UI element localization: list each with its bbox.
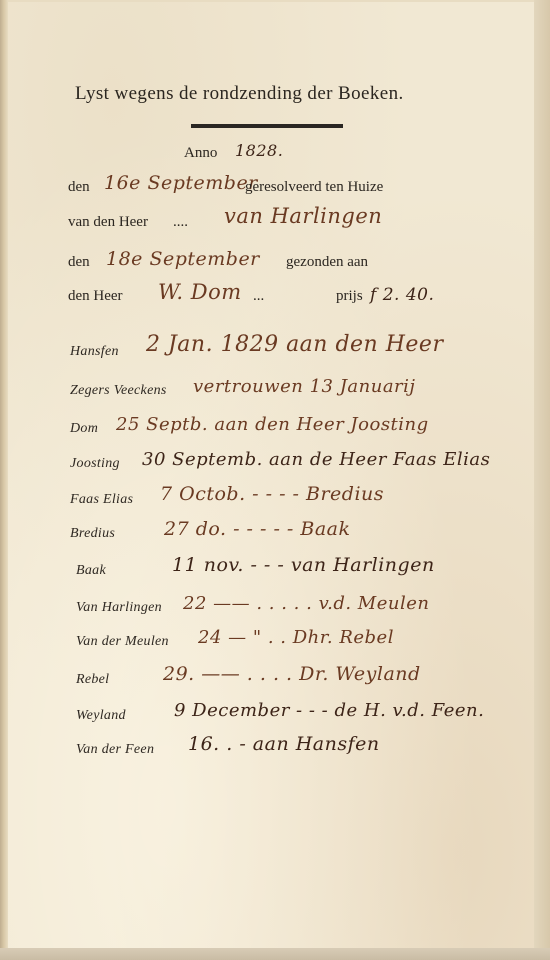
paper-page: Lyst wegens de rondzending der Boeken. A… — [8, 2, 534, 948]
reader-entry: 16. . - aan Hansfen — [188, 733, 380, 755]
reader-name: Dom — [70, 421, 98, 437]
price-value: f 2. 40. — [370, 285, 434, 305]
reader-entry: 24 — " . . Dhr. Rebel — [198, 627, 394, 648]
reader-name: Baak — [76, 563, 106, 579]
sent-suffix: gezonden aan — [286, 254, 368, 271]
resolved-date: 16e September — [104, 172, 258, 194]
reader-entry: 30 Septemb. aan de Heer Faas Elias — [142, 449, 490, 470]
reader-name: Weyland — [76, 708, 126, 724]
scanned-document: Lyst wegens de rondzending der Boeken. A… — [0, 0, 550, 960]
reader-name: Zegers Veeckens — [70, 383, 167, 399]
reader-entry: 27 do. - - - - - Baak — [164, 518, 351, 540]
reader-name: Van der Feen — [76, 742, 154, 758]
reader-name: Faas Elias — [70, 492, 133, 508]
reader-name: Van Harlingen — [76, 600, 162, 616]
resolved-suffix: geresolveerd ten Huize — [245, 179, 383, 196]
page-bottom-edge — [0, 948, 550, 960]
reader-name: Bredius — [70, 526, 115, 542]
reader-entry: 22 —— . . . . . v.d. Meulen — [183, 593, 429, 614]
document-title: Lyst wegens de rondzending der Boeken. — [75, 83, 404, 105]
house-name: van Harlingen — [224, 204, 382, 228]
recipient-prefix: den Heer — [68, 288, 123, 305]
reader-name: Van der Meulen — [76, 634, 169, 650]
resolved-prefix: den — [68, 179, 90, 196]
anno-label: Anno — [184, 145, 217, 162]
price-label: prijs — [336, 288, 363, 305]
recipient-name: W. Dom — [158, 280, 242, 304]
sent-date: 18e September — [106, 248, 260, 270]
house-dots: .... — [173, 214, 188, 231]
house-prefix: van den Heer — [68, 214, 148, 231]
reader-entry: 9 December - - - de H. v.d. Feen. — [174, 700, 484, 721]
anno-year: 1828. — [235, 141, 283, 160]
reader-entry: 25 Septb. aan den Heer Joosting — [116, 414, 429, 435]
reader-name: Hansfen — [70, 344, 119, 360]
reader-name: Rebel — [76, 672, 109, 688]
page-right-edge — [534, 0, 550, 960]
recipient-dots: ... — [253, 288, 264, 305]
reader-entry: 2 Jan. 1829 aan den Heer — [146, 332, 443, 357]
sent-prefix: den — [68, 254, 90, 271]
reader-entry: 11 nov. - - - van Harlingen — [172, 554, 435, 576]
reader-entry: 29. —— . . . . Dr. Weyland — [163, 663, 421, 685]
title-rule — [191, 124, 343, 128]
reader-entry: 7 Octob. - - - - Bredius — [160, 483, 384, 505]
reader-name: Joosting — [70, 456, 120, 472]
reader-entry: vertrouwen 13 Januarij — [193, 376, 416, 397]
